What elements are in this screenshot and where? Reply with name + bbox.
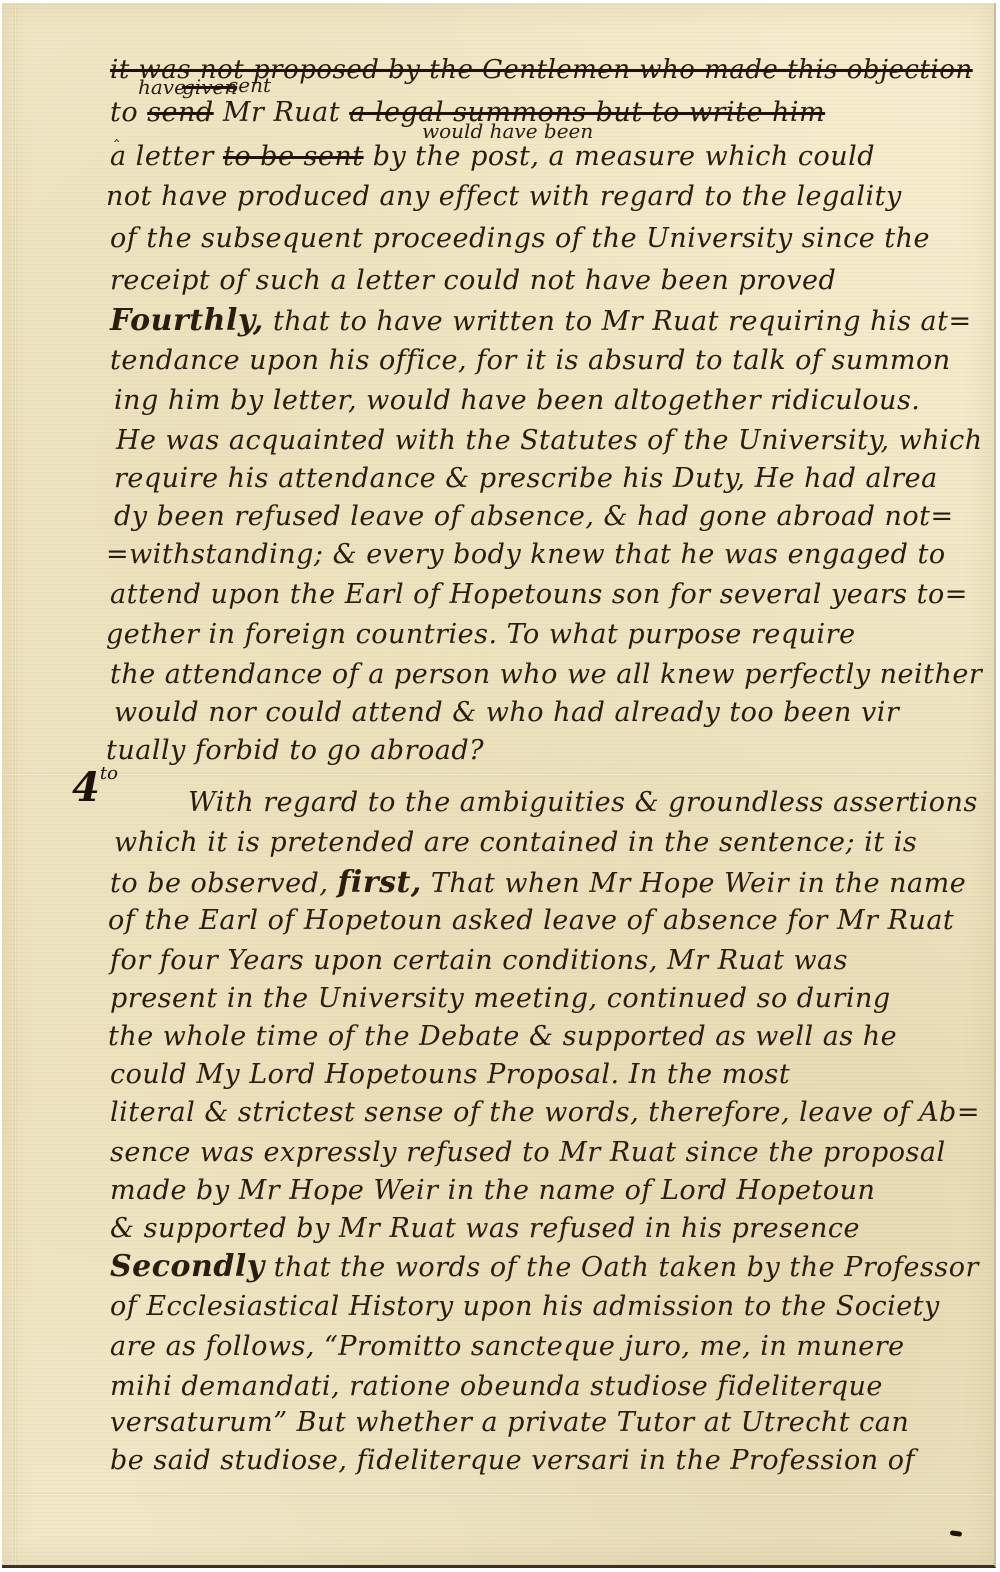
insertion-would-have-been: would have been bbox=[422, 119, 593, 143]
manuscript-line-29: made by Mr Hope Weir in the name of Lord… bbox=[110, 1175, 875, 1206]
insertion-have: have bbox=[138, 75, 186, 99]
line-text: a measure which could bbox=[549, 141, 875, 172]
manuscript-line-5: of the subsequent proceedings of the Uni… bbox=[110, 223, 930, 254]
line-text: that the words of the Oath taken by the … bbox=[274, 1252, 979, 1283]
ink-blot bbox=[950, 1530, 963, 1537]
line-text: that to have written to Mr Ruat requirin… bbox=[273, 306, 972, 337]
manuscript-line-35: versaturum” But whether a private Tutor … bbox=[110, 1407, 909, 1438]
heading-fourthly: Fourthly, bbox=[110, 303, 264, 338]
manuscript-line-4: not have produced any effect with regard… bbox=[106, 181, 902, 212]
heading-first: first, bbox=[338, 865, 422, 900]
manuscript-line-7: Fourthly, that to have written to Mr Rua… bbox=[110, 303, 972, 338]
manuscript-line-33: are as follows, “Promitto sancteque juro… bbox=[110, 1331, 905, 1362]
manuscript-line-20: which it is pretended are contained in t… bbox=[114, 827, 917, 858]
manuscript-line-10: He was acquainted with the Statutes of t… bbox=[116, 425, 983, 456]
manuscript-line-30: & supported by Mr Ruat was refused in hi… bbox=[110, 1213, 860, 1244]
line-text: by the post bbox=[373, 141, 531, 172]
manuscript-line-23: for four Years upon certain conditions, … bbox=[110, 945, 848, 976]
manuscript-line-11: require his attendance & prescribe his D… bbox=[114, 463, 938, 494]
manuscript-line-14: attend upon the Earl of Hopetouns son fo… bbox=[110, 579, 968, 610]
manuscript-line-19: With regard to the ambiguities & groundl… bbox=[188, 787, 978, 818]
manuscript-line-24: present in the University meeting, conti… bbox=[110, 983, 891, 1014]
manuscript-line-32: of Ecclesiastical History upon his admis… bbox=[110, 1291, 940, 1322]
page-fold-middle bbox=[2, 773, 994, 776]
struck-word: send bbox=[147, 97, 214, 128]
manuscript-line-13: =withstanding; & every body knew that he… bbox=[106, 539, 946, 570]
line-text: Mr Ruat bbox=[223, 97, 340, 128]
manuscript-line-12: dy been refused leave of absence, & had … bbox=[114, 501, 954, 532]
manuscript-line-22: of the Earl of Hopetoun asked leave of a… bbox=[108, 905, 954, 936]
page-fold-bottom bbox=[2, 1493, 994, 1496]
line-text: a letter bbox=[110, 141, 214, 172]
insertion-sent: sent bbox=[228, 73, 271, 97]
manuscript-line-25: the whole time of the Debate & supported… bbox=[108, 1021, 897, 1052]
manuscript-line-8: tendance upon his office, for it is absu… bbox=[110, 345, 951, 376]
section-number: 4 bbox=[72, 764, 100, 811]
manuscript-line-21: to be observed, first, That when Mr Hope… bbox=[110, 865, 966, 900]
struck-word: to be sent bbox=[223, 141, 364, 172]
line-text: to be observed, bbox=[110, 868, 328, 899]
manuscript-page: it was not proposed by the Gentlemen who… bbox=[2, 3, 996, 1568]
section-number-4: 4to bbox=[72, 763, 118, 811]
manuscript-line-26: could My Lord Hopetouns Proposal. In the… bbox=[110, 1059, 790, 1090]
manuscript-line-34: mihi demandati, ratione obeunda studiose… bbox=[110, 1371, 883, 1402]
scan-frame: it was not proposed by the Gentlemen who… bbox=[0, 0, 1000, 1572]
manuscript-line-15: gether in foreign countries. To what pur… bbox=[106, 619, 856, 650]
manuscript-line-3: a letter to be sent by the post, a measu… bbox=[110, 141, 875, 172]
insertion-caret-icon: ‸ bbox=[114, 123, 119, 142]
manuscript-line-17: would nor could attend & who had already… bbox=[114, 697, 899, 728]
manuscript-line-28: sence was expressly refused to Mr Ruat s… bbox=[110, 1137, 946, 1168]
page-fold-left bbox=[14, 3, 17, 1565]
manuscript-line-16: the attendance of a person who we all kn… bbox=[110, 659, 982, 690]
manuscript-line-36: be said studiose, fideliterque versari i… bbox=[110, 1445, 915, 1476]
manuscript-line-31: Secondly that the words of the Oath take… bbox=[110, 1249, 979, 1284]
manuscript-line-18: tually forbid to go abroad? bbox=[106, 735, 484, 766]
manuscript-line-6: receipt of such a letter could not have … bbox=[110, 265, 836, 296]
section-superscript: to bbox=[100, 763, 118, 784]
manuscript-line-9: ing him by letter, would have been altog… bbox=[114, 385, 920, 416]
line-text: That when Mr Hope Weir in the name bbox=[431, 868, 966, 899]
manuscript-line-27: literal & strictest sense of the words, … bbox=[110, 1097, 980, 1128]
heading-secondly: Secondly bbox=[110, 1249, 265, 1284]
